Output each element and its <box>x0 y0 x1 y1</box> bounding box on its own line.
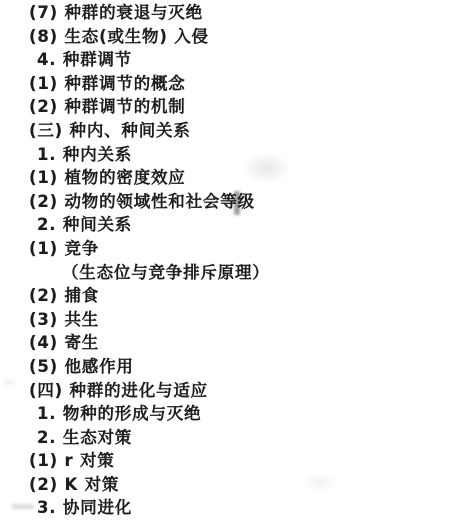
toc-line: (1) 竞争 <box>0 237 473 261</box>
toc-line: (2) 动物的领域性和社会等级 <box>0 190 473 214</box>
toc-line: (2) 捕食 <box>0 284 473 308</box>
toc-line: (2) K 对策 <box>0 473 473 497</box>
document-page: (7) 种群的衰退与灭绝(8) 生态(或生物) 入侵4. 种群调节(1) 种群调… <box>0 0 473 521</box>
toc-line: (8) 生态(或生物) 入侵 <box>0 25 473 49</box>
toc-line: 3. 协同进化 <box>0 496 473 520</box>
toc-line: (7) 种群的衰退与灭绝 <box>0 1 473 25</box>
toc-line: (5) 他感作用 <box>0 355 473 379</box>
toc-line: (三) 种内、种间关系 <box>0 119 473 143</box>
toc-line: 1. 种内关系 <box>0 143 473 167</box>
toc-lines: (7) 种群的衰退与灭绝(8) 生态(或生物) 入侵4. 种群调节(1) 种群调… <box>0 1 473 520</box>
toc-line: (1) 植物的密度效应 <box>0 166 473 190</box>
toc-line: 4. 种群调节 <box>0 48 473 72</box>
toc-line: (四) 种群的进化与适应 <box>0 379 473 403</box>
toc-line: (4) 寄生 <box>0 331 473 355</box>
toc-line: (3) 共生 <box>0 308 473 332</box>
toc-line: 1. 物种的形成与灭绝 <box>0 402 473 426</box>
toc-line: (1) 种群调节的概念 <box>0 72 473 96</box>
toc-line: 2. 生态对策 <box>0 426 473 450</box>
toc-line: (1) r 对策 <box>0 449 473 473</box>
toc-line: 2. 种间关系 <box>0 213 473 237</box>
toc-line: （生态位与竞争排斥原理） <box>0 261 473 285</box>
toc-line: (2) 种群调节的机制 <box>0 95 473 119</box>
